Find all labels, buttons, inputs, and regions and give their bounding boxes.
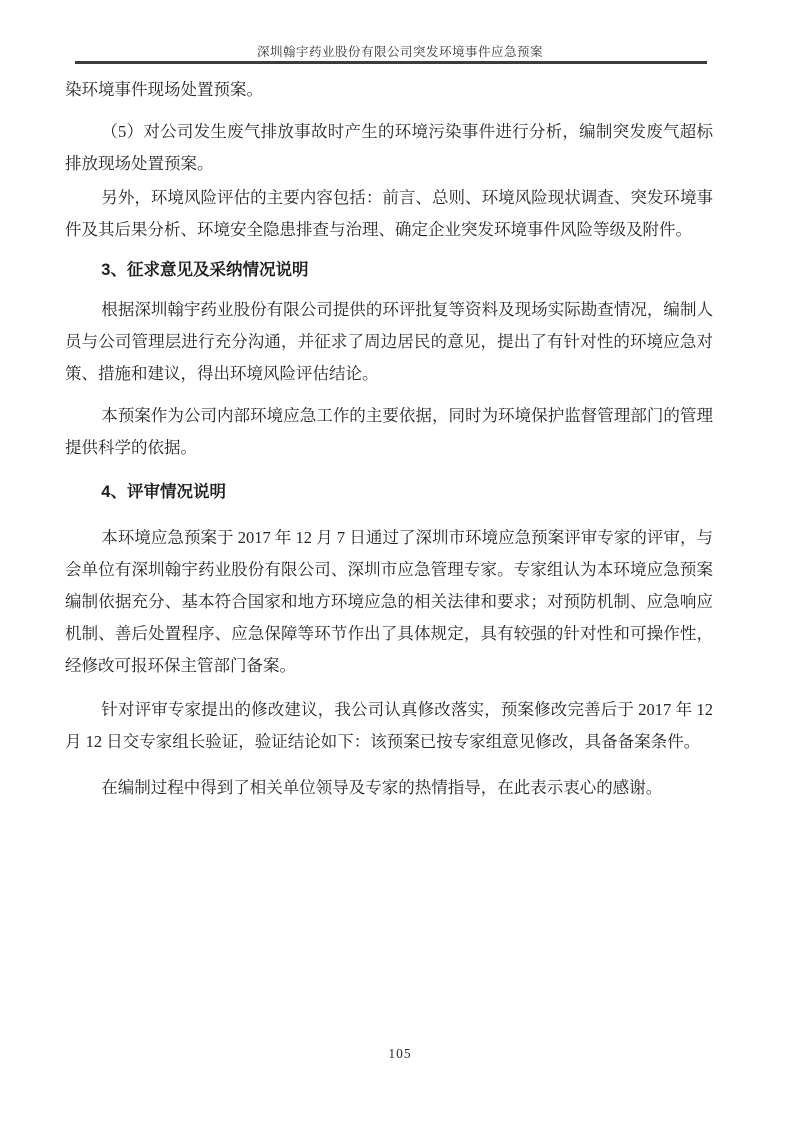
paragraph: （5）对公司发生废气排放事故时产生的环境污染事件进行分析，编制突发废气超标排放现… [65,116,713,180]
paragraph-continuation: 染环境事件现场处置预案。 [65,74,713,106]
page-footer: 105 [0,1045,800,1063]
paragraph: 针对评审专家提出的修改建议，我公司认真修改落实，预案修改完善后于 2017 年 … [65,694,713,758]
paragraph: 本预案作为公司内部环境应急工作的主要依据，同时为环境保护监督管理部门的管理提供科… [65,400,713,464]
paragraph: 在编制过程中得到了相关单位领导及专家的热情指导，在此表示衷心的感谢。 [65,772,713,804]
page-number: 105 [388,1046,411,1061]
document-body: 染环境事件现场处置预案。 （5）对公司发生废气排放事故时产生的环境污染事件进行分… [65,74,713,804]
section-heading-3: 3、征求意见及采纳情况说明 [65,254,713,286]
header-rule [75,61,707,64]
section-heading-4: 4、评审情况说明 [65,476,713,508]
header-title: 深圳翰宇药业股份有限公司突发环境事件应急预案 [0,42,800,60]
paragraph: 本环境应急预案于 2017 年 12 月 7 日通过了深圳市环境应急预案评审专家… [65,522,713,682]
paragraph: 根据深圳翰宇药业股份有限公司提供的环评批复等资料及现场实际勘查情况，编制人员与公… [65,294,713,390]
document-page: 深圳翰宇药业股份有限公司突发环境事件应急预案 染环境事件现场处置预案。 （5）对… [0,0,800,1131]
paragraph: 另外，环境风险评估的主要内容包括：前言、总则、环境风险现状调查、突发环境事件及其… [65,182,713,246]
